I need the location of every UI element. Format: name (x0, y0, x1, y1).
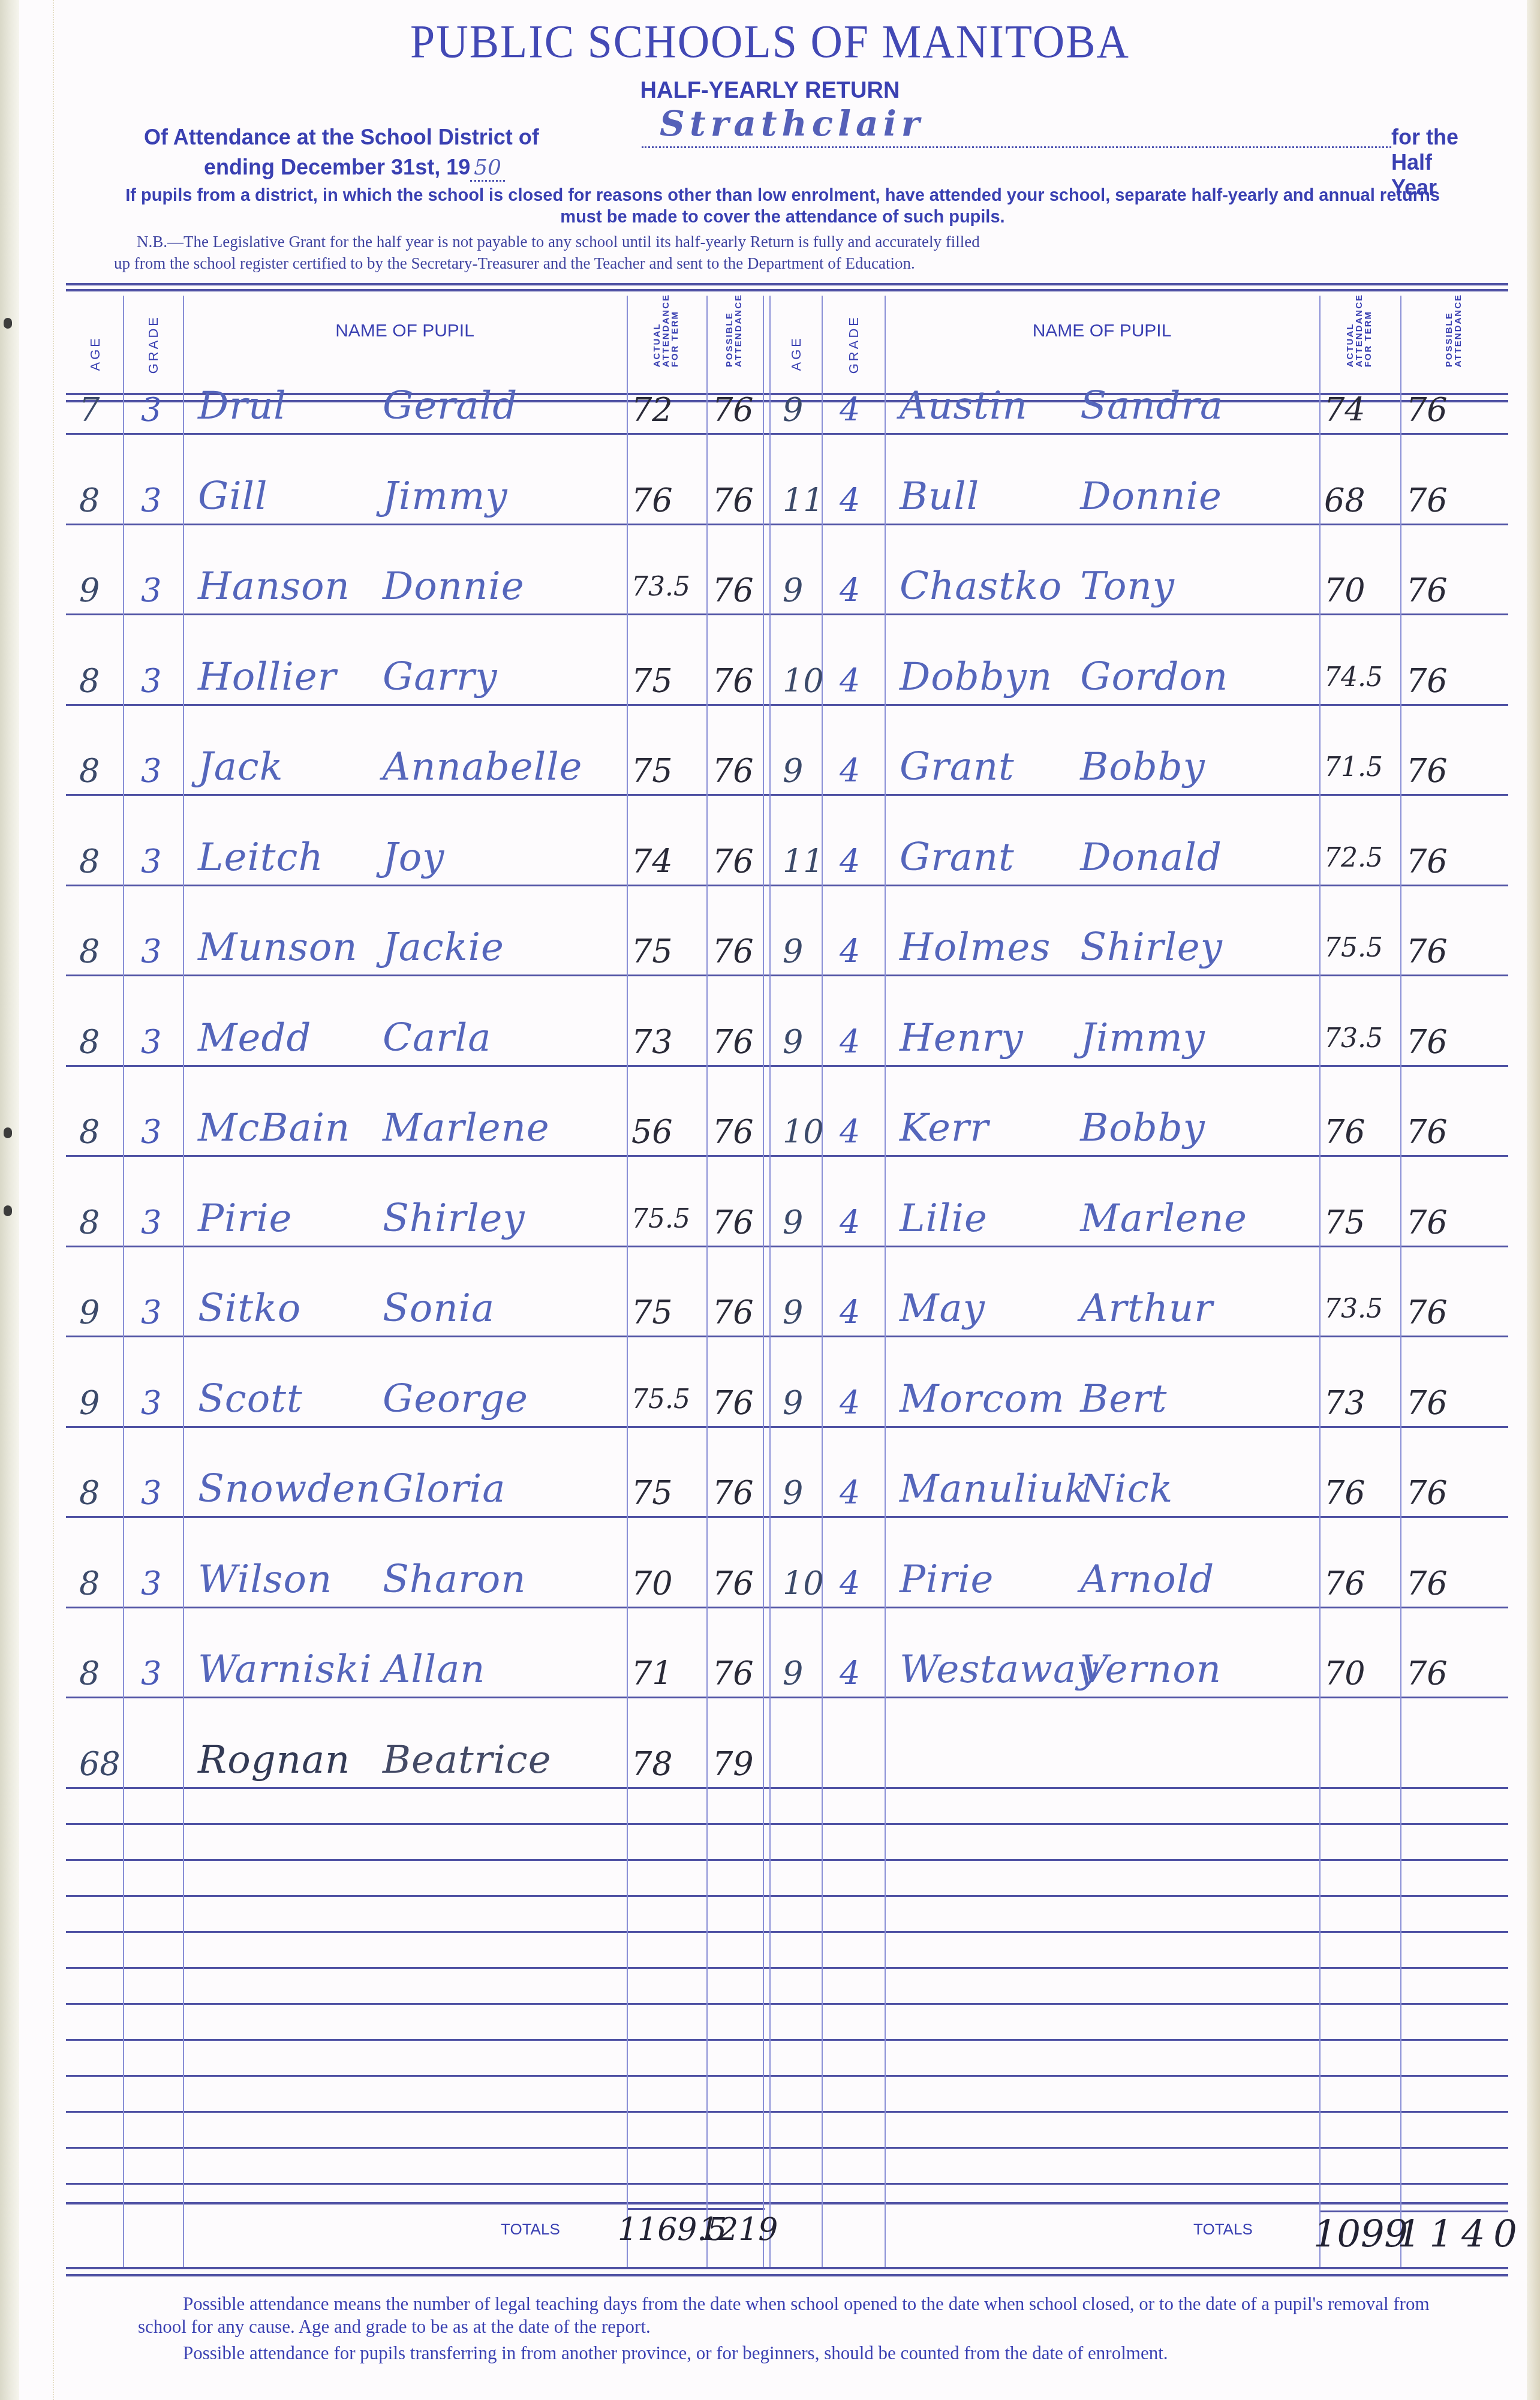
row-rule (66, 1516, 1508, 1518)
pupil-grade: 3 (141, 1294, 161, 1331)
actual-attendance: 71.5 (1324, 752, 1383, 783)
pupil-grade: 4 (840, 391, 860, 429)
pupil-first-name: Sharon (383, 1557, 527, 1602)
possible-attendance: 76 (1406, 1384, 1448, 1422)
pupil-surname: Hanson (198, 564, 350, 609)
totals-top-rule (627, 2208, 765, 2210)
pupil-first-name: Vernon (1080, 1647, 1222, 1692)
possible-attendance: 76 (1406, 752, 1448, 790)
pupil-age: 8 (79, 662, 100, 700)
actual-attendance: 76 (1324, 1113, 1365, 1151)
staple-hole (4, 1205, 12, 1216)
row-rule (66, 1823, 1508, 1825)
pupil-grade: 3 (141, 1023, 161, 1061)
pupil-grade: 3 (141, 1113, 161, 1151)
pupil-surname: Scott (198, 1377, 303, 1421)
pupil-surname: Manuliuk (900, 1467, 1088, 1511)
row-rule (66, 433, 1508, 435)
district-name: Strathclair (660, 103, 924, 144)
possible-attendance: 76 (712, 1294, 754, 1331)
table-bottom-rule (66, 2267, 1508, 2269)
pupil-first-name: Shirley (383, 1196, 525, 1241)
nb-notice: N.B.—The Legislative Grant for the half … (137, 231, 1456, 274)
pupil-first-name: Gerald (383, 384, 518, 428)
pupil-surname: Lilie (900, 1196, 988, 1241)
possible-attendance: 76 (1406, 1565, 1448, 1602)
district-line: Of Attendance at the School District of … (144, 120, 1463, 156)
pupil-age: 10 (783, 1565, 824, 1602)
pupil-grade: 3 (141, 662, 161, 700)
pupil-first-name: Jimmy (383, 474, 508, 519)
actual-attendance: 72.5 (1324, 843, 1383, 873)
pupil-age: 8 (79, 1023, 100, 1061)
row-rule (66, 2003, 1508, 2005)
pupil-first-name: Bobby (1080, 745, 1205, 789)
pupil-surname: Gill (198, 474, 268, 519)
actual-attendance: 70 (1324, 1655, 1365, 1692)
row-rule (66, 2183, 1508, 2185)
pupil-age: 9 (783, 1204, 803, 1241)
row-rule (66, 1931, 1508, 1933)
possible-attendance: 76 (1406, 1474, 1448, 1512)
possible-attendance: 76 (1406, 1204, 1448, 1241)
pupil-age: 9 (783, 1384, 803, 1422)
row-rule (66, 1697, 1508, 1698)
pupil-age: 8 (79, 1204, 100, 1241)
pupil-first-name: Allan (383, 1647, 486, 1692)
pupil-first-name: Shirley (1080, 925, 1223, 970)
pupil-first-name: Arnold (1080, 1557, 1214, 1602)
pupil-age: 11 (783, 843, 824, 880)
pupil-surname: Munson (198, 925, 358, 970)
pupil-surname: Pirie (900, 1557, 994, 1602)
pupil-grade: 4 (840, 1023, 860, 1061)
pupil-grade: 3 (141, 1474, 161, 1512)
possible-attendance: 76 (1406, 1655, 1448, 1692)
row-rule (66, 794, 1508, 796)
pupil-surname: Westaway (900, 1647, 1099, 1692)
possible-attendance: 76 (712, 1204, 754, 1241)
actual-attendance: 75.5 (631, 1204, 690, 1234)
pupil-first-name: Garry (383, 655, 498, 699)
staple-hole (4, 318, 12, 329)
pupil-surname: May (900, 1286, 985, 1331)
row-rule (66, 885, 1508, 886)
pupil-age: 9 (79, 1294, 100, 1331)
pupil-first-name: Arthur (1080, 1286, 1213, 1331)
actual-attendance: 72 (631, 391, 673, 429)
pupil-grade: 4 (840, 572, 860, 609)
pupil-surname: Snowden (198, 1467, 381, 1511)
pupil-surname: Holmes (900, 925, 1051, 970)
actual-attendance: 76 (1324, 1565, 1365, 1602)
document-title: PUBLIC SCHOOLS OF MANITOBA (0, 16, 1540, 69)
pupil-grade: 4 (840, 1474, 860, 1512)
pupil-first-name: Marlene (1080, 1196, 1247, 1241)
pupil-grade: 3 (141, 752, 161, 790)
pupil-surname: Medd (198, 1016, 311, 1060)
possible-attendance: 76 (712, 572, 754, 609)
possible-attendance: 76 (712, 1565, 754, 1602)
pupil-surname: Bull (900, 474, 979, 519)
row-rule (66, 2039, 1508, 2041)
table-top-rule (66, 283, 1508, 285)
actual-attendance: 75 (1324, 1204, 1365, 1241)
header-name-right: NAME OF PUPIL (885, 321, 1319, 341)
pupil-first-name: Marlene (383, 1106, 550, 1150)
row-rule (66, 1859, 1508, 1861)
pupil-first-name: Gloria (383, 1467, 506, 1511)
actual-attendance: 68 (1324, 482, 1365, 519)
pupil-first-name: Sandra (1080, 384, 1223, 428)
pupil-first-name: Carla (383, 1016, 491, 1060)
actual-attendance: 74.5 (1324, 662, 1383, 693)
pupil-surname: McBain (198, 1106, 350, 1150)
pupil-grade: 3 (141, 1655, 161, 1692)
pupil-first-name: Jimmy (1080, 1016, 1205, 1060)
pupil-age: 8 (79, 752, 100, 790)
total-actual-right: 1099 (1313, 2212, 1408, 2255)
pupil-surname: Dobbyn (900, 655, 1052, 699)
pupil-age: 9 (79, 1384, 100, 1422)
actual-attendance: 75.5 (631, 1384, 690, 1415)
page-right-edge (1527, 0, 1540, 2400)
pupil-surname: Henry (900, 1016, 1024, 1060)
pupil-surname: Jack (198, 745, 283, 789)
actual-attendance: 76 (631, 482, 673, 519)
pupil-grade: 4 (840, 843, 860, 880)
pupil-grade: 4 (840, 1113, 860, 1151)
actual-attendance: 75 (631, 752, 673, 790)
pupil-grade: 3 (141, 391, 161, 429)
nb-line-1: N.B.—The Legislative Grant for the half … (137, 233, 980, 251)
pupil-age: 10 (783, 1113, 824, 1151)
pupil-surname: Grant (900, 835, 1015, 880)
pupil-age: 8 (79, 1474, 100, 1512)
row-rule (66, 1246, 1508, 1247)
pupil-age: 8 (79, 1655, 100, 1692)
possible-attendance: 76 (1406, 662, 1448, 700)
row-rule (66, 1895, 1508, 1897)
pupil-grade: 3 (141, 1204, 161, 1241)
pupil-age: 9 (783, 1023, 803, 1061)
footer-paragraph-2: Possible attendance for pupils transferr… (138, 2342, 1457, 2365)
pupil-first-name: Bobby (1080, 1106, 1205, 1150)
possible-attendance: 76 (712, 1474, 754, 1512)
header-name-left: NAME OF PUPIL (183, 321, 627, 341)
possible-attendance: 76 (712, 933, 754, 970)
possible-attendance: 76 (1406, 1113, 1448, 1151)
possible-attendance: 76 (712, 752, 754, 790)
row-rule (66, 2147, 1508, 2149)
pupil-surname: Morcom (900, 1377, 1065, 1421)
footer-notes: Possible attendance means the number of … (138, 2293, 1457, 2368)
pupil-surname: Hollier (198, 655, 336, 699)
possible-attendance: 76 (712, 1655, 754, 1692)
pupil-first-name: Donnie (383, 564, 525, 609)
row-rule (66, 2075, 1508, 2077)
actual-attendance: 75 (631, 662, 673, 700)
actual-attendance: 70 (1324, 572, 1365, 609)
pupil-first-name: Gordon (1080, 655, 1228, 699)
pupil-surname: Warniski (198, 1647, 372, 1692)
row-rule (66, 2111, 1508, 2113)
pupil-grade: 4 (840, 482, 860, 519)
pupil-grade: 3 (141, 1565, 161, 1602)
pupil-grade: 4 (840, 1565, 860, 1602)
row-rule (66, 613, 1508, 615)
footer-paragraph-1: Possible attendance means the number of … (138, 2293, 1457, 2338)
actual-attendance: 75.5 (1324, 933, 1383, 963)
pupil-first-name: Bert (1080, 1377, 1167, 1421)
pupil-first-name: Jackie (383, 925, 504, 970)
total-possible-right: 1140 (1397, 2212, 1526, 2255)
row-rule (66, 1426, 1508, 1428)
possible-attendance: 76 (1406, 1294, 1448, 1331)
possible-attendance: 76 (1406, 482, 1448, 519)
pupil-first-name: George (383, 1377, 528, 1421)
pupil-first-name: Nick (1080, 1467, 1173, 1511)
actual-attendance: 75 (631, 1474, 673, 1512)
pupil-grade: 3 (141, 482, 161, 519)
pupil-grade: 4 (840, 1294, 860, 1331)
actual-attendance: 70 (631, 1565, 673, 1602)
pupil-surname: Austin (900, 384, 1028, 428)
possible-attendance: 76 (712, 1023, 754, 1061)
actual-attendance: 75 (631, 1294, 673, 1331)
pupil-grade: 4 (840, 662, 860, 700)
pupil-surname: Pirie (198, 1196, 292, 1241)
possible-attendance: 76 (712, 482, 754, 519)
pupil-age: 7 (79, 391, 100, 429)
pupil-grade: 3 (141, 933, 161, 970)
total-possible-left: 1219 (699, 2212, 778, 2248)
totals-label-right: TOTALS (1193, 2220, 1253, 2239)
pupil-age: 9 (783, 752, 803, 790)
row-rule (66, 524, 1508, 525)
possible-attendance: 79 (712, 1745, 754, 1783)
pupil-grade: 3 (141, 1384, 161, 1422)
row-rule (66, 975, 1508, 976)
perforation-edge (53, 0, 55, 2400)
actual-attendance: 73 (631, 1023, 673, 1061)
possible-attendance: 76 (1406, 391, 1448, 429)
pupil-age: 9 (783, 391, 803, 429)
actual-attendance: 73.5 (631, 572, 690, 602)
pupil-first-name: Sonia (383, 1286, 495, 1331)
pupil-age: 8 (79, 843, 100, 880)
pupil-first-name: Annabelle (383, 745, 582, 789)
actual-attendance: 78 (631, 1745, 673, 1783)
pupil-first-name: Tony (1080, 564, 1175, 609)
pupil-age: 8 (79, 1113, 100, 1151)
actual-attendance: 75 (631, 933, 673, 970)
row-rule (66, 1967, 1508, 1969)
table-bottom-rule (66, 2274, 1508, 2276)
pupil-age: 9 (783, 1474, 803, 1512)
pupil-age: 9 (783, 572, 803, 609)
pupil-surname: Kerr (900, 1106, 989, 1150)
pupil-age: 8 (79, 933, 100, 970)
pupil-first-name: Donald (1080, 835, 1222, 880)
ending-year: 50 (470, 155, 505, 182)
pupil-surname: Wilson (198, 1557, 332, 1602)
page-binding (0, 0, 19, 2400)
actual-attendance: 73 (1324, 1384, 1365, 1422)
pupil-surname: Drul (198, 384, 287, 428)
district-prefix: Of Attendance at the School District of (144, 125, 539, 150)
row-rule (66, 1065, 1508, 1067)
pupil-surname: Rognan (198, 1738, 350, 1782)
pupil-grade: 4 (840, 1384, 860, 1422)
pupil-grade: 4 (840, 1655, 860, 1692)
pupil-first-name: Beatrice (383, 1738, 552, 1782)
row-rule (66, 1787, 1508, 1789)
actual-attendance: 73.5 (1324, 1294, 1383, 1324)
totals-top-rule (66, 2202, 1508, 2204)
pupil-first-name: Joy (383, 835, 444, 880)
pupil-surname: Chastko (900, 564, 1062, 609)
row-rule (66, 1336, 1508, 1337)
pupil-grade: 4 (840, 752, 860, 790)
row-rule (66, 1607, 1508, 1608)
pupil-age: 8 (79, 1565, 100, 1602)
totals-label-left: TOTALS (501, 2220, 560, 2239)
possible-attendance: 76 (712, 391, 754, 429)
possible-attendance: 76 (1406, 572, 1448, 609)
pupil-surname: Leitch (198, 835, 324, 880)
pupil-age: 8 (79, 482, 100, 519)
possible-attendance: 76 (1406, 843, 1448, 880)
pupil-surname: Sitko (198, 1286, 301, 1331)
pupil-grade: 4 (840, 933, 860, 970)
row-rule (66, 1155, 1508, 1157)
column-rule (763, 296, 764, 2267)
ending-line: ending December 31st, 1950 (204, 155, 505, 180)
pupil-first-name: Donnie (1080, 474, 1222, 519)
pupil-age: 9 (783, 933, 803, 970)
pupil-grade: 3 (141, 572, 161, 609)
possible-attendance: 76 (712, 662, 754, 700)
actual-attendance: 74 (631, 843, 673, 880)
staple-hole (4, 1127, 12, 1138)
pupil-age: 68 (79, 1745, 121, 1783)
possible-attendance: 76 (1406, 1023, 1448, 1061)
pupil-age: 11 (783, 482, 824, 519)
row-rule (66, 704, 1508, 706)
pupil-grade: 3 (141, 843, 161, 880)
actual-attendance: 56 (631, 1113, 673, 1151)
possible-attendance: 76 (1406, 933, 1448, 970)
actual-attendance: 71 (631, 1655, 673, 1692)
actual-attendance: 73.5 (1324, 1023, 1383, 1054)
possible-attendance: 76 (712, 843, 754, 880)
document-subtitle: HALF-YEARLY RETURN (0, 78, 1540, 104)
actual-attendance: 74 (1324, 391, 1365, 429)
pupil-age: 9 (783, 1655, 803, 1692)
actual-attendance: 76 (1324, 1474, 1365, 1512)
warning-notice: If pupils from a district, in which the … (108, 185, 1457, 228)
pupil-grade: 4 (840, 1204, 860, 1241)
pupil-age: 10 (783, 662, 824, 700)
pupil-age: 9 (79, 572, 100, 609)
possible-attendance: 76 (712, 1113, 754, 1151)
possible-attendance: 76 (712, 1384, 754, 1422)
table-top-rule (66, 289, 1508, 291)
nb-line-2: up from the school register certified to… (114, 252, 1456, 274)
pupil-age: 9 (783, 1294, 803, 1331)
ending-prefix: ending December 31st, 19 (204, 155, 470, 179)
pupil-surname: Grant (900, 745, 1015, 789)
